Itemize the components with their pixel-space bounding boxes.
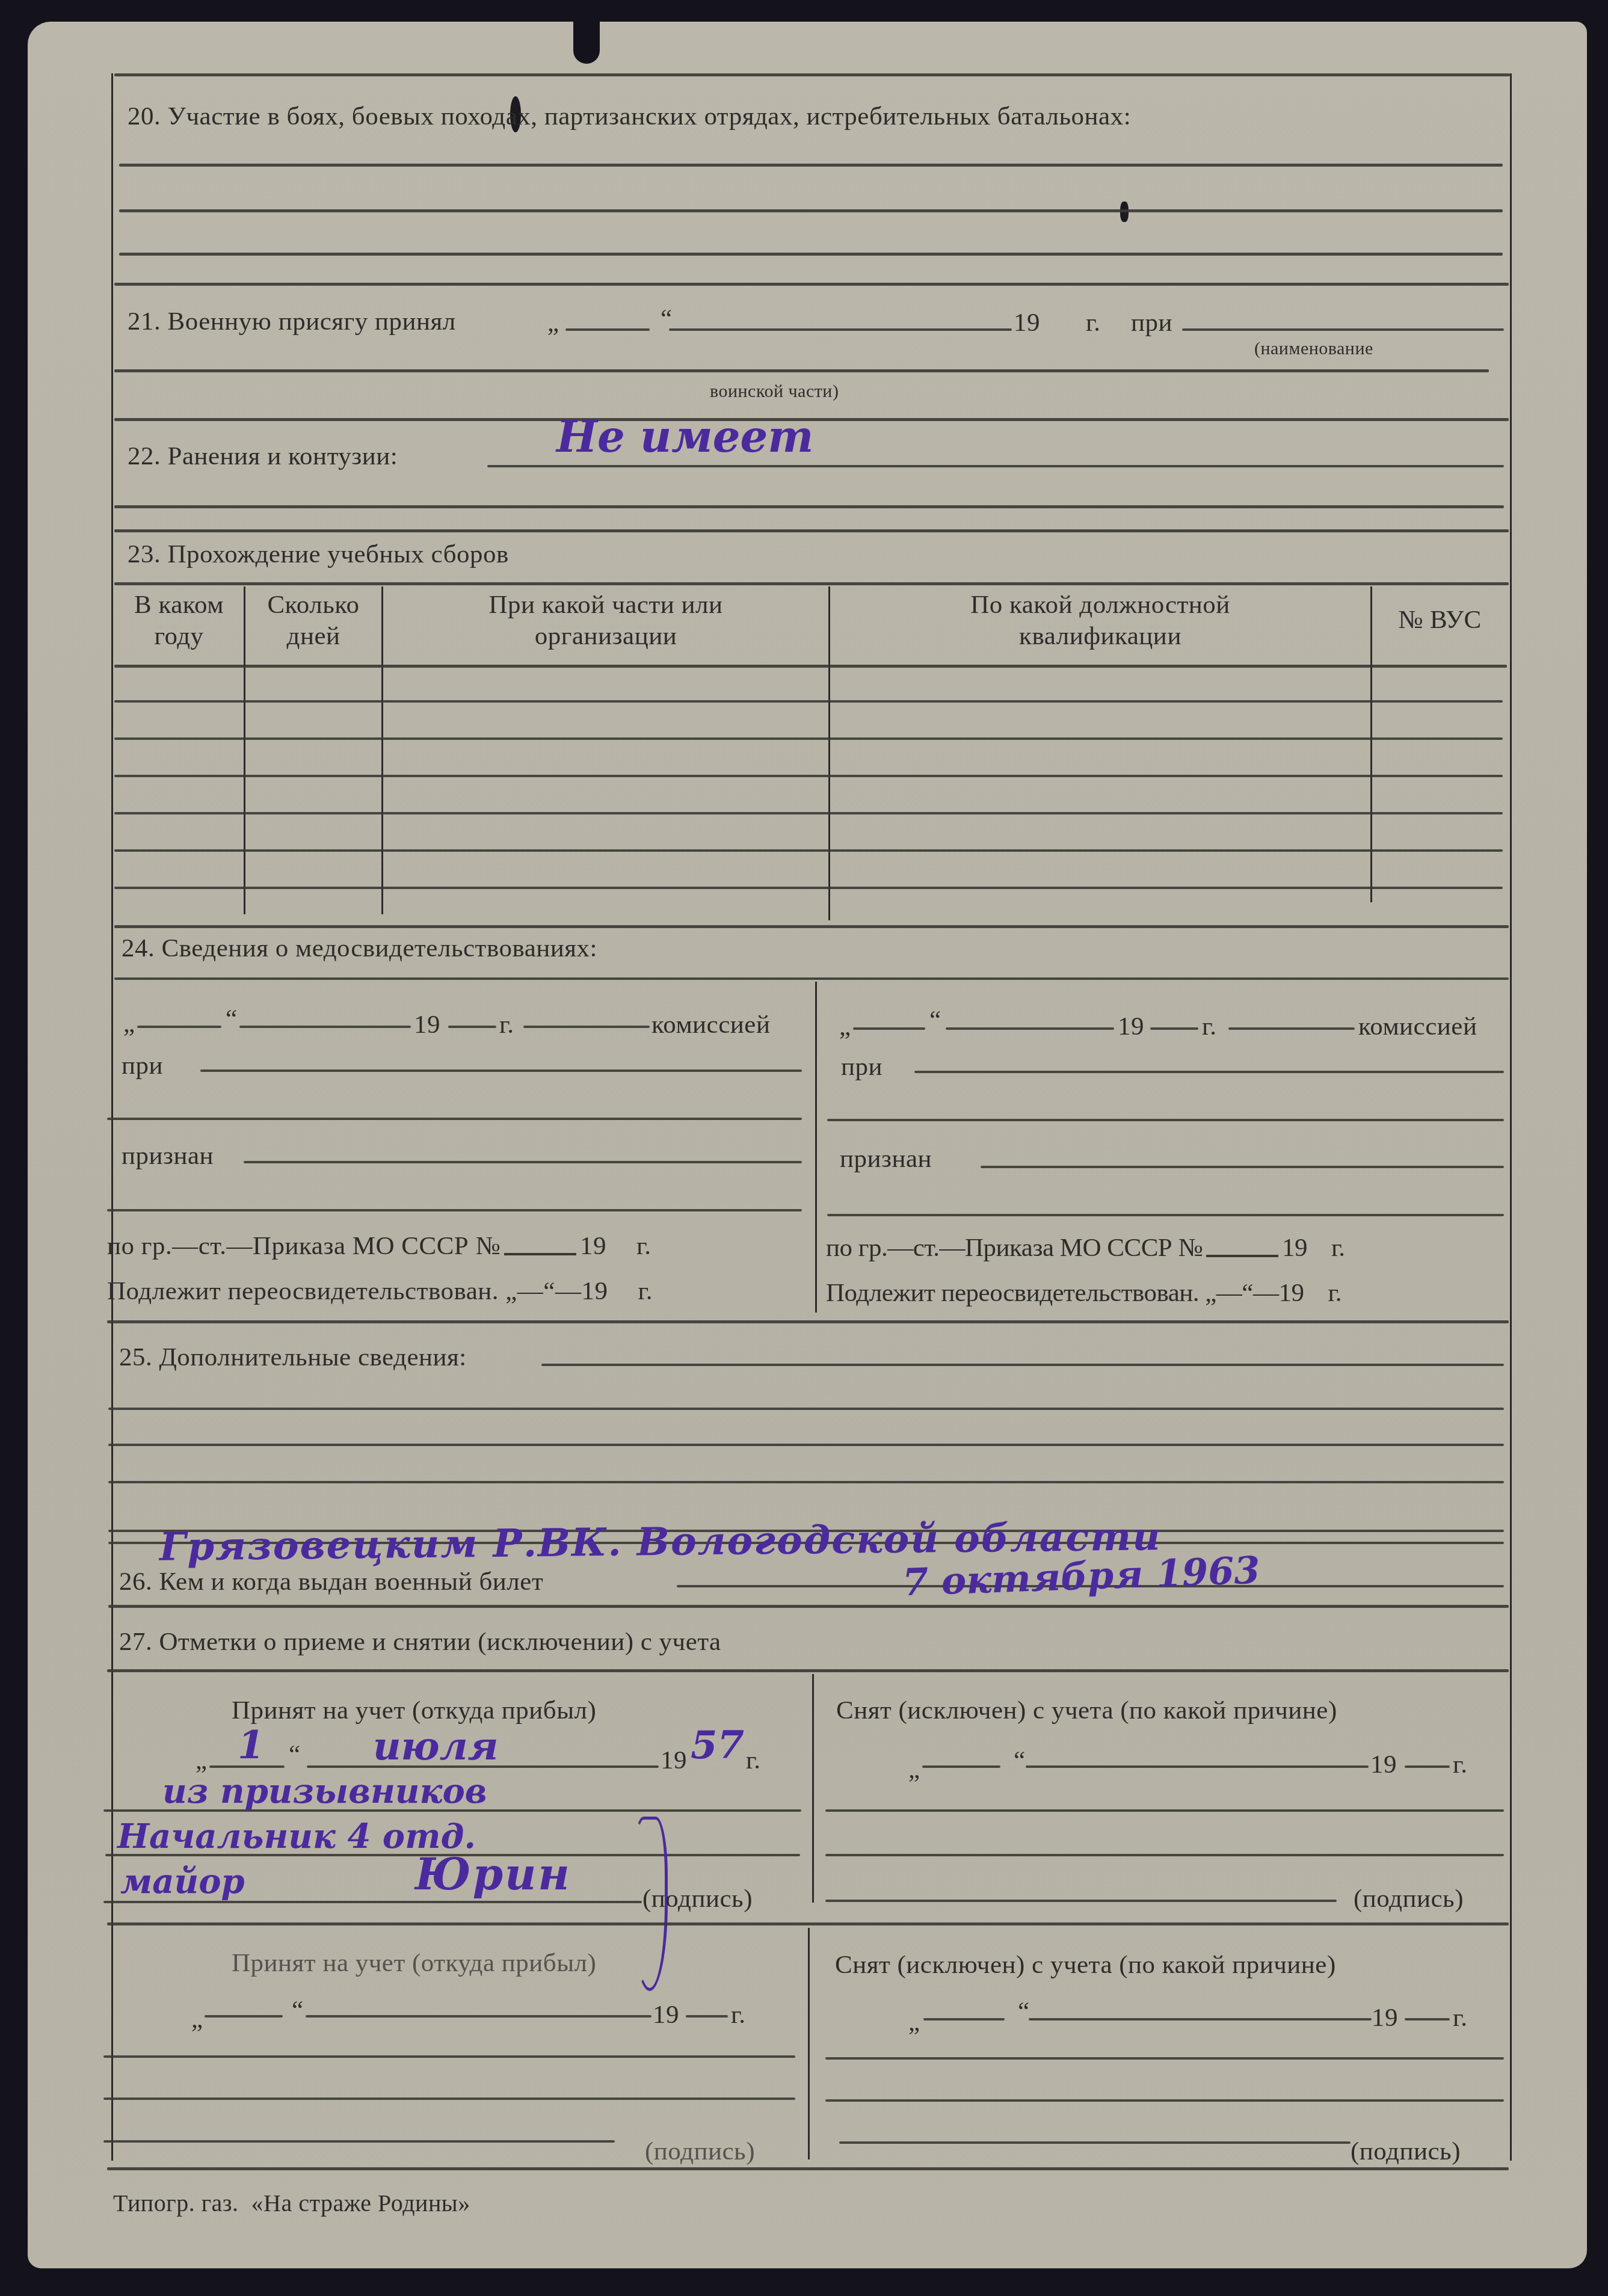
s24-left-order-year: 19 (580, 1232, 606, 1260)
s24-right-commission: комиссией (1358, 1014, 1477, 1039)
s24-right-recognized-field-2[interactable] (827, 1214, 1504, 1216)
s22-label: 22. Ранения и контузии: (128, 443, 398, 469)
s27-col-divider-top (812, 1674, 814, 1903)
s27-a2-day-field[interactable] (205, 2015, 283, 2017)
s21-label: 21. Военную присягу принял (128, 309, 456, 334)
s23-col-days-line1: Сколько (245, 589, 381, 621)
s24-left-quote-open: „ (123, 1011, 135, 1036)
s21-quote-close: “ (661, 306, 673, 331)
s20-line-3[interactable] (119, 253, 1503, 256)
s24-right-order: по гр.—ст.—Приказа МО СССР №19г. (826, 1235, 1345, 1261)
s21-hint-2: воинской части) (710, 383, 839, 401)
s21-hint-1: (наименование (1254, 340, 1373, 358)
s23-col-unit-line2: организации (383, 621, 828, 652)
s23-row-line[interactable] (114, 737, 1503, 740)
s27-r2-quote-close: “ (1018, 1998, 1030, 2024)
s24-right-order-g: г. (1331, 1234, 1345, 1262)
s20-bottom (114, 283, 1509, 286)
s24-right-day[interactable] (853, 1027, 925, 1030)
s27-r1-year-field[interactable] (1405, 1765, 1450, 1768)
s23-col-year-line1: В каком (114, 589, 244, 621)
s27-label: 27. Отметки о приеме и снятии (исключени… (119, 1629, 721, 1655)
s27-a2-quote-close: “ (292, 1997, 304, 2023)
s24-header-bottom (114, 977, 1509, 980)
s23-col-days-line2: дней (245, 621, 381, 652)
s27-r2-signature-label: (подпись) (1351, 2138, 1461, 2164)
s23-row-line[interactable] (114, 775, 1503, 777)
s23-bottom (114, 925, 1509, 928)
s21-unit-field[interactable] (1182, 328, 1504, 331)
s27-r2-signature-field[interactable] (839, 2141, 1351, 2144)
s24-right-commission-field[interactable] (1228, 1027, 1355, 1030)
s24-right-year: 19 (1118, 1014, 1144, 1039)
s24-left-order-g: г. (636, 1232, 652, 1260)
s24-left-reexam: Подлежит переосвидетельствован. „—“—19г. (107, 1278, 653, 1304)
s27-r2-quote-open: „ (908, 2009, 920, 2035)
s27-e1-quote-close: “ (289, 1741, 301, 1767)
hole-top (573, 22, 600, 64)
s24-right-at-field-2[interactable] (827, 1119, 1504, 1121)
s23-col-qual-line1: По какой должностной (830, 589, 1370, 621)
s24-label: 24. Сведения о медосвидетельствованиях: (122, 935, 597, 961)
s24-right-year-field[interactable] (1150, 1027, 1198, 1030)
printer-imprint: Типогр. газ. «На страже Родины» (113, 2191, 470, 2215)
s23-row-line[interactable] (114, 849, 1503, 852)
s22-value[interactable]: Не имеет (556, 415, 814, 458)
s24-left-quote-close: “ (226, 1006, 238, 1032)
s24-left-recognized: признан (122, 1143, 214, 1169)
s25-line-1[interactable] (541, 1364, 1504, 1366)
s21-year-g: г. (1086, 310, 1101, 336)
s24-left-commission: комиссией (652, 1012, 770, 1038)
s24-left-reexam-date[interactable]: „—“—19 (505, 1277, 608, 1305)
s27-r1-quote-close: “ (1014, 1747, 1026, 1773)
s21-month-field[interactable] (669, 328, 1012, 331)
s27-accepted-label-2: Принят на учет (откуда прибыл) (232, 1950, 596, 1976)
s24-right-order-text: по гр.—ст.—Приказа МО СССР № (826, 1234, 1203, 1262)
s23-col-unit-line1: При какой части или (383, 589, 828, 621)
s24-left-at-field[interactable] (200, 1070, 802, 1072)
s24-left-recognized-field[interactable] (244, 1161, 802, 1163)
s24-left-recognized-field-2[interactable] (107, 1209, 802, 1211)
s27-r1-month-field[interactable] (1026, 1765, 1369, 1768)
s27-r1-g: г. (1453, 1752, 1468, 1777)
s24-left-reexam-text: Подлежит переосвидетельствован. (107, 1277, 499, 1305)
s24-left-commission-field[interactable] (523, 1026, 650, 1028)
s24-left-order: по гр.—ст.—Приказа МО СССР №19г. (107, 1233, 652, 1259)
s27-r2-year: 19 (1372, 2005, 1398, 2031)
s27-a2-month-field[interactable] (306, 2015, 652, 2017)
s24-left-year-field[interactable] (448, 1026, 496, 1028)
s27-a2-year: 19 (653, 2002, 679, 2028)
s27-header-bottom (107, 1669, 1509, 1672)
s27-col-divider-bottom (808, 1928, 810, 2159)
s27-r2-line-1[interactable] (825, 2057, 1504, 2060)
s23-row-line[interactable] (114, 812, 1503, 814)
s27-e1-quote-open: „ (196, 1747, 208, 1773)
s21-unit-field-2[interactable] (114, 369, 1489, 372)
s22-bottom (114, 529, 1509, 532)
s24-right-order-year: 19 (1282, 1234, 1307, 1262)
s24-right-reexam-date[interactable]: „—“—19 (1205, 1279, 1304, 1307)
s24-right-recognized-field[interactable] (981, 1166, 1504, 1168)
s27-r1-year: 19 (1370, 1752, 1397, 1777)
s23-header-top (114, 582, 1509, 585)
s27-a2-quote-open: „ (191, 2006, 203, 2032)
s27-r2-month-field[interactable] (1029, 2018, 1372, 2021)
s24-left-day[interactable] (137, 1026, 221, 1028)
s27-a2-year-field[interactable] (686, 2015, 728, 2017)
s25-line-4[interactable] (108, 1481, 1504, 1483)
s23-col-vus: № ВУС (1372, 605, 1508, 636)
s23-label: 23. Прохождение учебных сборов (128, 541, 509, 567)
s27-block-divider (107, 1922, 1509, 1925)
s27-e1-signer-rank[interactable]: майор (120, 1865, 245, 1898)
s27-e1-signature-label: (подпись) (642, 1886, 753, 1912)
s20-line-1[interactable] (119, 164, 1503, 167)
s27-r1-signature-label: (подпись) (1354, 1886, 1464, 1912)
s23-col-qualification: По какой должностнойквалификации (830, 589, 1370, 652)
s21-year-prefix: 19 (1014, 310, 1040, 336)
s27-r1-line-2[interactable] (825, 1854, 1504, 1856)
s23-header-bottom (114, 665, 1507, 668)
s27-a2-line-2[interactable] (103, 2097, 795, 2100)
s24-right-quote-close: “ (929, 1007, 941, 1033)
s20-label: 20. Участие в боях, боевых походах, парт… (128, 103, 1131, 129)
s23-row-line[interactable] (114, 887, 1503, 889)
s23-col-vus-line1: № ВУС (1372, 605, 1508, 636)
s24-bottom (107, 1320, 1509, 1323)
frame-top (114, 73, 1510, 76)
s25-line-3[interactable] (108, 1444, 1504, 1446)
s24-left-reexam-g: г. (638, 1277, 653, 1305)
s27-a2-g: г. (731, 2002, 746, 2028)
s27-e1-month[interactable]: июля (373, 1728, 498, 1766)
s27-e1-year-prefix: 19 (661, 1747, 687, 1773)
s27-r1-quote-open: „ (908, 1756, 920, 1782)
s21-at: при (1131, 310, 1172, 336)
s27-removed-label-1: Снят (исключен) с учета (по какой причин… (836, 1697, 1337, 1723)
s24-left-g: г. (499, 1012, 514, 1038)
s21-day-field[interactable] (565, 328, 650, 331)
s27-r2-day-field[interactable] (923, 2018, 1005, 2021)
s24-right-reexam-g: г. (1328, 1279, 1342, 1307)
s25-label: 25. Дополнительные сведения: (119, 1344, 467, 1370)
s24-left-year: 19 (414, 1012, 440, 1038)
s27-r2-g: г. (1453, 2005, 1468, 2031)
s26-bottom (108, 1605, 1509, 1608)
s27-r2-line-2[interactable] (825, 2099, 1504, 2102)
s23-col-year: В какомгоду (114, 589, 244, 652)
s23-row-line[interactable] (114, 700, 1503, 703)
s27-e1-from[interactable]: из призывников (162, 1774, 487, 1808)
s23-col-unit: При какой части илиорганизации (383, 589, 828, 652)
s27-r1-signature-field[interactable] (825, 1900, 1337, 1902)
s27-e1-from-field[interactable] (103, 1809, 801, 1812)
s24-right-g: г. (1202, 1014, 1217, 1039)
s24-left-at-field-2[interactable] (107, 1118, 802, 1120)
form-bottom (107, 2167, 1509, 2170)
s21-quote-open: „ (547, 310, 559, 336)
s27-e1-day[interactable]: 1 (238, 1726, 265, 1765)
s27-e1-year-suffix[interactable]: 57 (691, 1726, 744, 1765)
s24-left-month[interactable] (239, 1026, 411, 1028)
s27-accepted-label-1: Принят на учет (откуда прибыл) (232, 1697, 596, 1723)
s27-a2-line-1[interactable] (103, 2055, 795, 2058)
s27-a2-signature-label: (подпись) (645, 2138, 755, 2164)
s27-e1-signature[interactable]: Юрин (415, 1853, 571, 1896)
s27-r1-line-1[interactable] (825, 1809, 1504, 1812)
s24-right-at: при (841, 1054, 883, 1080)
s27-e1-g: г. (746, 1747, 761, 1773)
s25-line-2[interactable] (108, 1408, 1504, 1410)
s27-r1-day-field[interactable] (922, 1765, 1000, 1768)
s27-r2-year-field[interactable] (1405, 2018, 1450, 2021)
s24-right-month[interactable] (946, 1027, 1114, 1030)
s27-a2-signature-field[interactable] (103, 2140, 615, 2143)
s26-label: 26. Кем и когда выдан военный билет (119, 1569, 543, 1595)
s27-e1-signature-field[interactable] (103, 1901, 642, 1903)
s24-right-reexam: Подлежит переосвидетельствован. „—“—19г. (826, 1280, 1342, 1306)
s22-field-1[interactable] (487, 465, 1504, 467)
s20-line-2[interactable] (119, 209, 1503, 212)
s23-col-qual-line2: квалификации (830, 621, 1370, 652)
s23-col-days: Сколькодней (245, 589, 381, 652)
s27-removed-label-2: Снят (исключен) с учета (по какой причин… (835, 1952, 1336, 1978)
s24-right-recognized: признан (840, 1146, 932, 1172)
s24-right-quote-open: „ (839, 1014, 851, 1039)
s24-col-divider (815, 982, 817, 1313)
s24-right-at-field[interactable] (914, 1071, 1504, 1073)
s23-col-year-line2: году (114, 621, 244, 652)
s24-left-at: при (122, 1053, 163, 1079)
s24-left-order-text: по гр.—ст.—Приказа МО СССР № (107, 1232, 501, 1260)
s24-right-reexam-text: Подлежит переосвидетельствован. (826, 1279, 1199, 1307)
s22-field-2[interactable] (114, 505, 1504, 508)
